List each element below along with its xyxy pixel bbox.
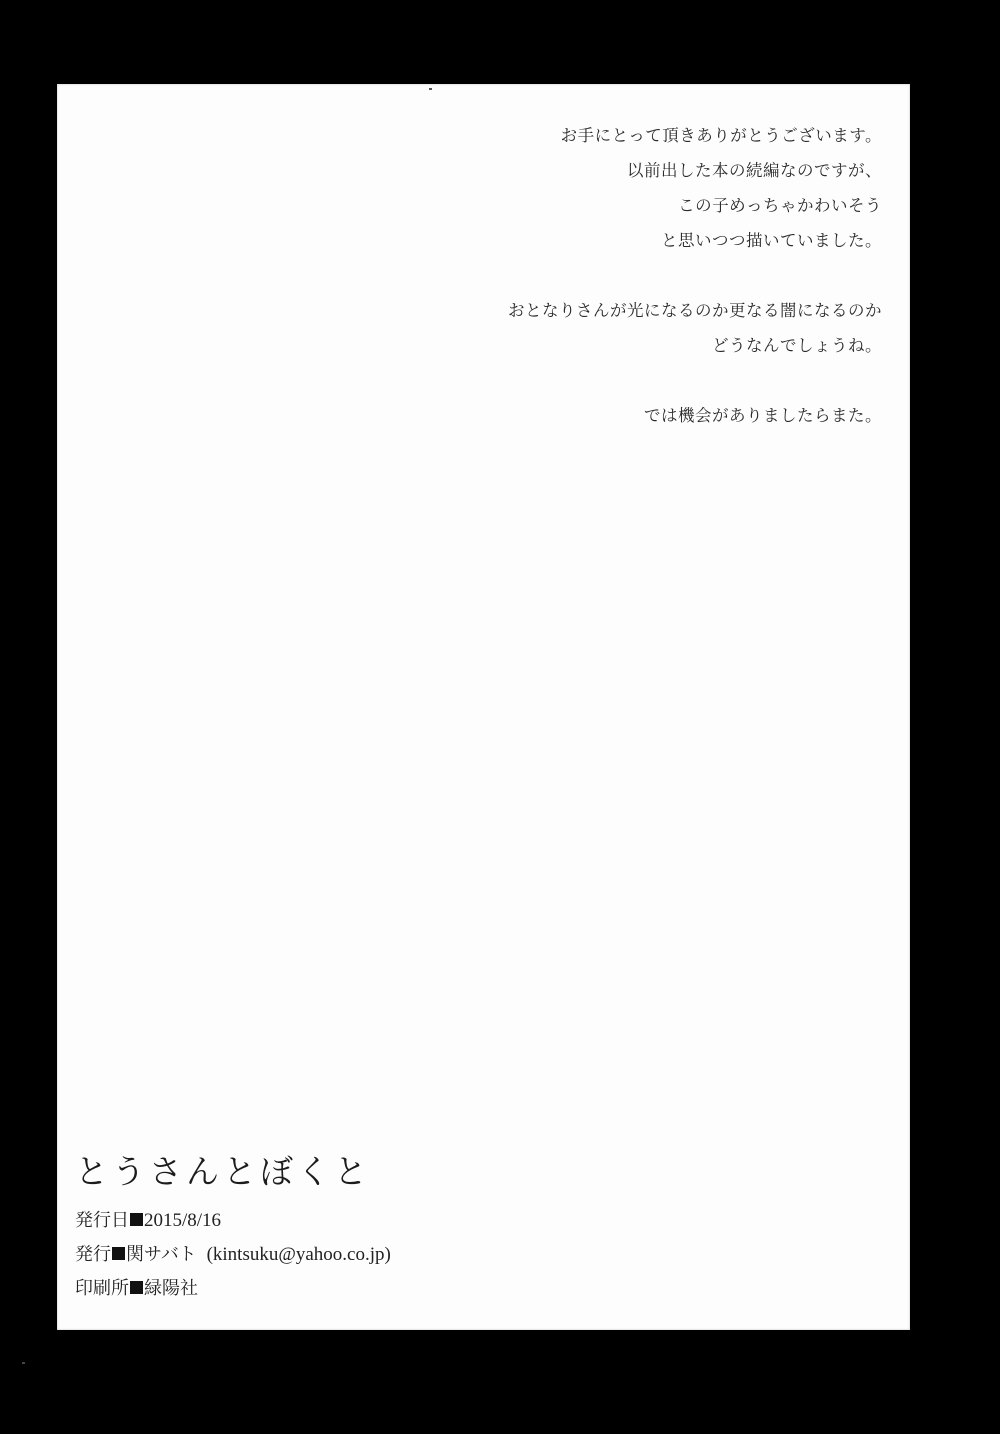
publisher-row: 発行関サバト(kintsuku@yahoo.co.jp) <box>75 1238 391 1272</box>
paragraph-gap <box>508 258 882 293</box>
afterword-line: 以前出した本の続編なのですが、 <box>508 153 882 188</box>
publisher-label: 発行 <box>75 1244 111 1265</box>
afterword-line: どうなんでしょうね。 <box>508 328 882 363</box>
publish-date-value: 2015/8/16 <box>144 1210 221 1231</box>
scan-artifact <box>429 88 432 90</box>
publish-date-row: 発行日2015/8/16 <box>75 1204 391 1238</box>
afterword-text: お手にとって頂きありがとうございます。 以前出した本の続編なのですが、 この子め… <box>508 118 882 433</box>
printer-label: 印刷所 <box>75 1278 129 1299</box>
afterword-line: と思いつつ描いていました。 <box>508 223 882 258</box>
square-separator-icon <box>130 1213 143 1226</box>
colophon: とうさんとぼくと 発行日2015/8/16 発行関サバト(kintsuku@ya… <box>75 1150 391 1306</box>
book-title: とうさんとぼくと <box>75 1150 391 1194</box>
square-separator-icon <box>130 1281 143 1294</box>
printer-row: 印刷所緑陽社 <box>75 1272 391 1306</box>
afterword-line: では機会がありましたらまた。 <box>508 398 882 433</box>
printer-name: 緑陽社 <box>144 1278 198 1299</box>
afterword-line: おとなりさんが光になるのか更なる闇になるのか <box>508 293 882 328</box>
document-page: お手にとって頂きありがとうございます。 以前出した本の続編なのですが、 この子め… <box>57 84 910 1330</box>
afterword-line: お手にとって頂きありがとうございます。 <box>508 118 882 153</box>
paragraph-gap <box>508 363 882 398</box>
scan-artifact <box>22 1362 25 1364</box>
publisher-name: 関サバト <box>126 1244 197 1265</box>
publisher-email: (kintsuku@yahoo.co.jp) <box>207 1244 391 1265</box>
afterword-line: この子めっちゃかわいそう <box>508 188 882 223</box>
square-separator-icon <box>112 1247 125 1260</box>
publish-date-label: 発行日 <box>75 1210 129 1231</box>
